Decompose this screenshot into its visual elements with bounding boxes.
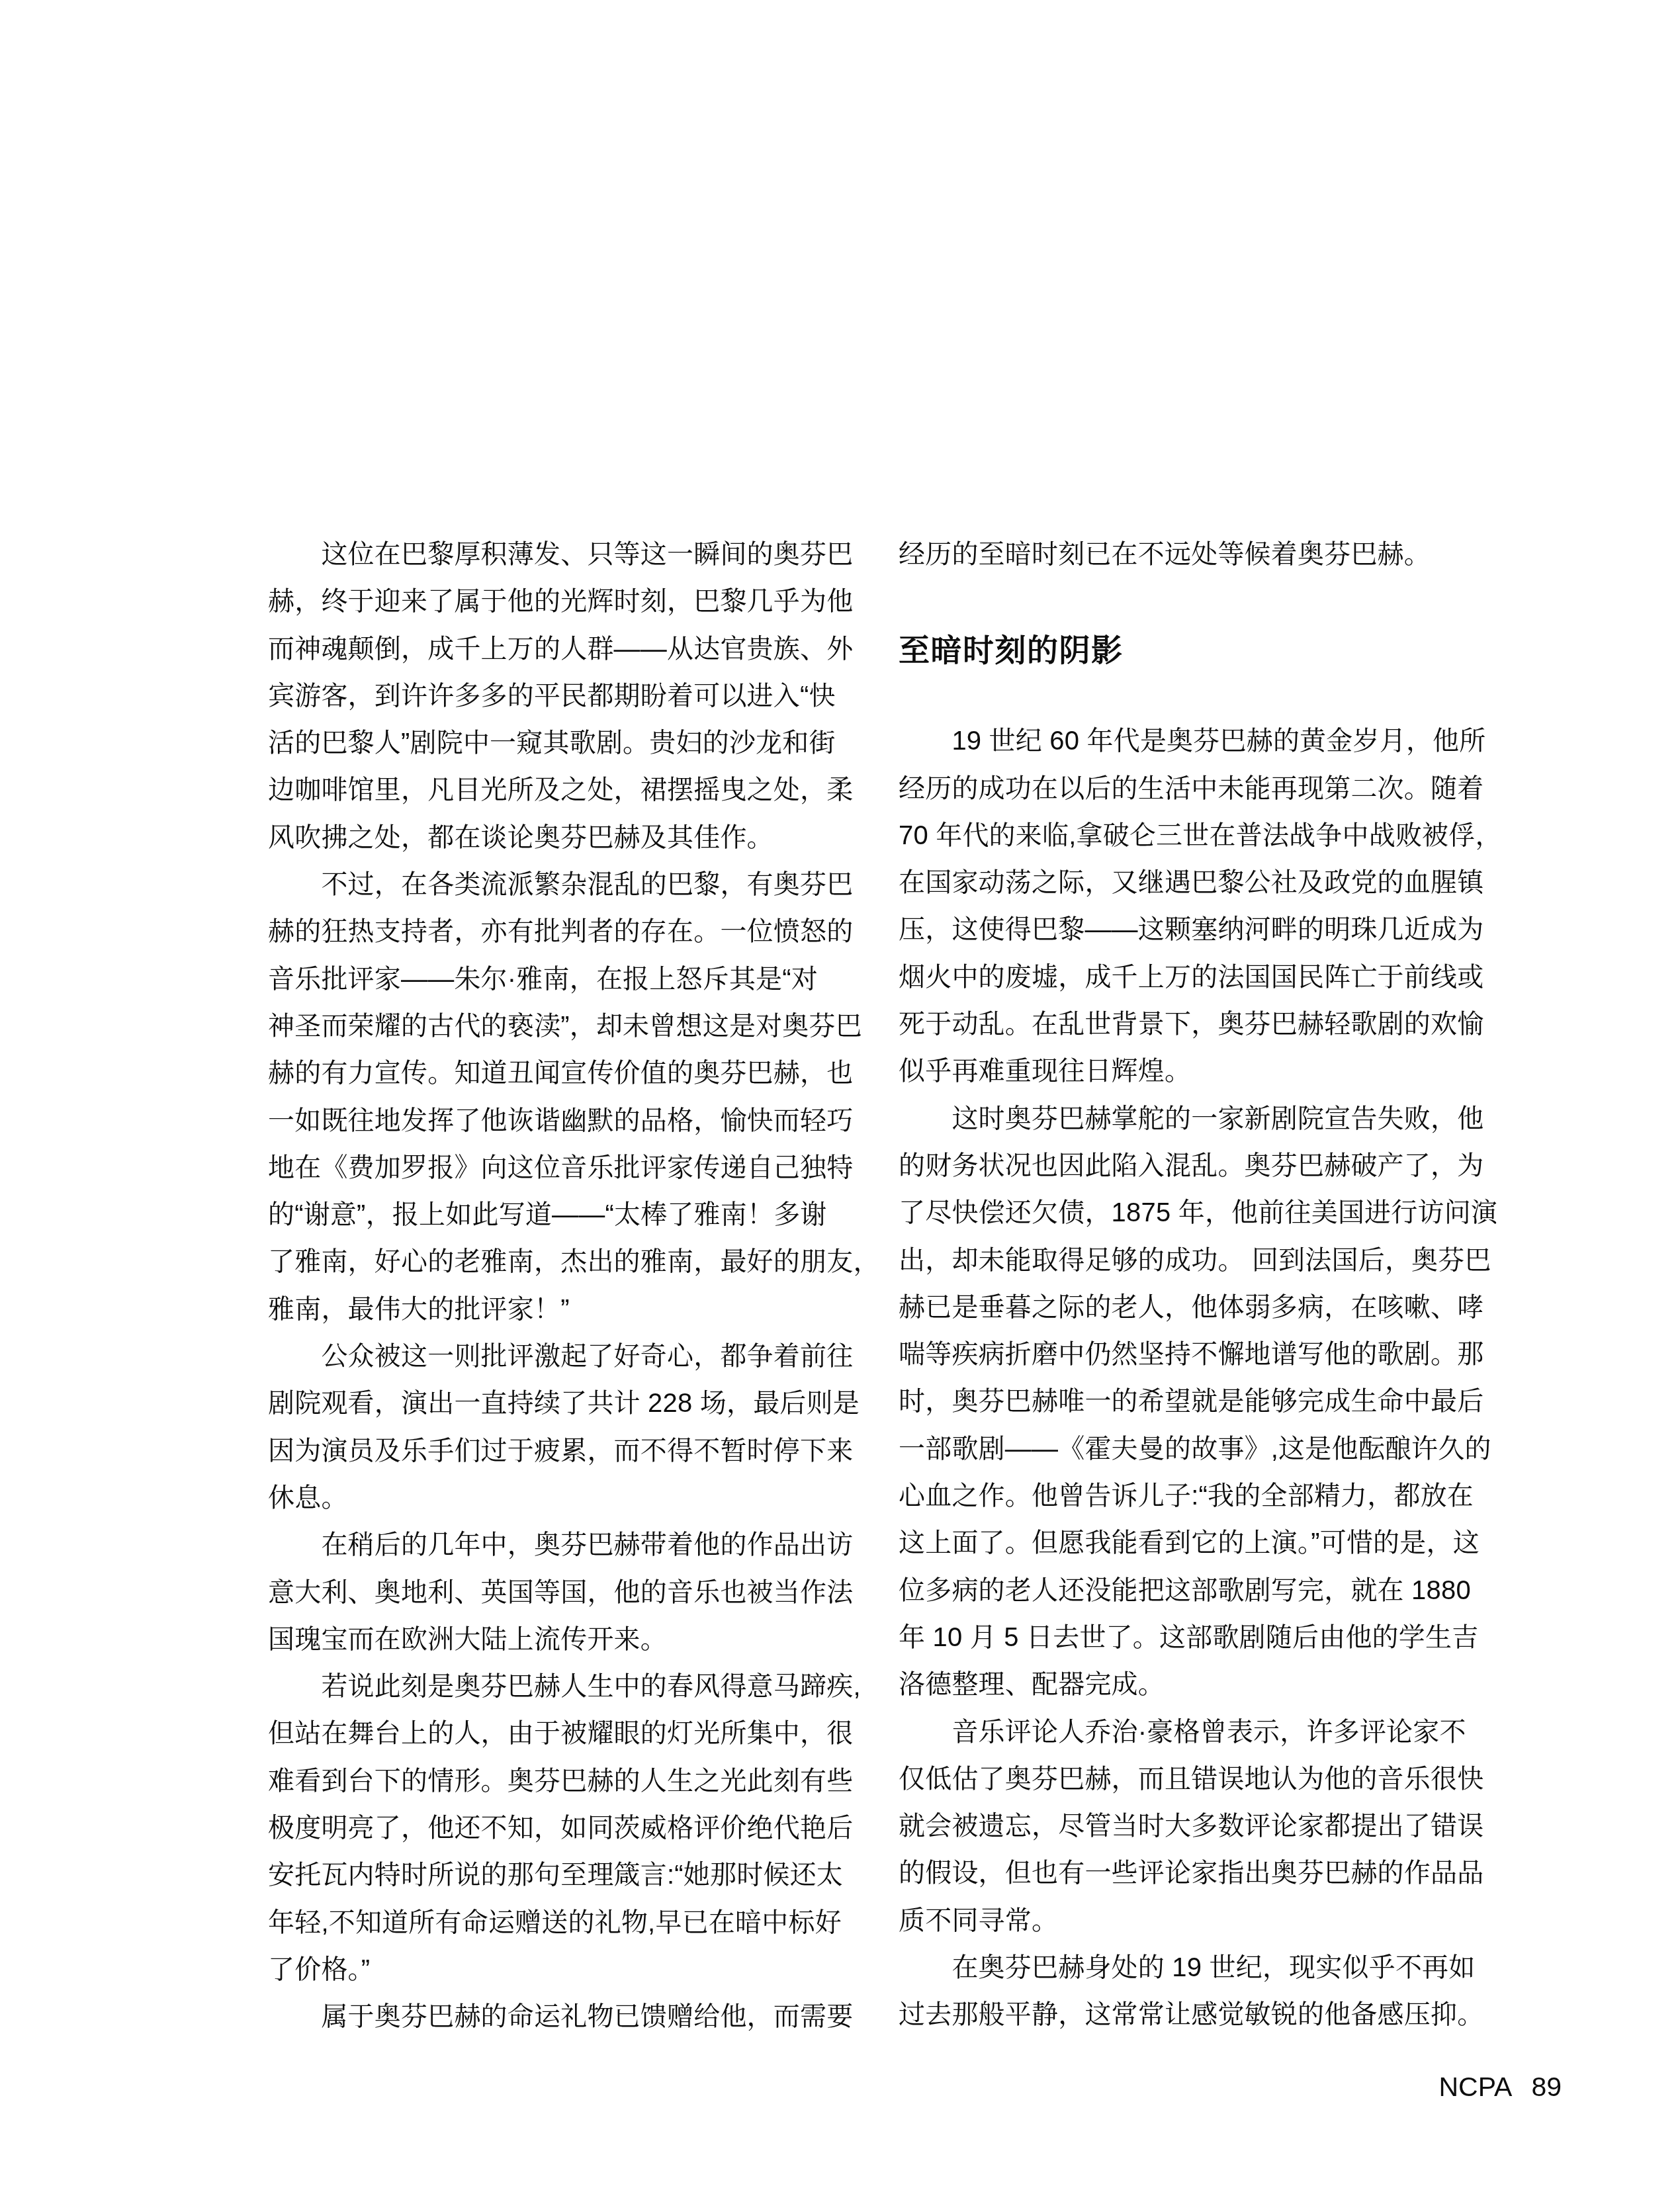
- text-line: 经历的成功在以后的生活中未能再现第二次。随着: [899, 766, 1483, 812]
- text-line: 赫的有力宣传。知道丑闻宣传价值的奥芬巴赫，也: [268, 1050, 853, 1097]
- text-line: 活的巴黎人”剧院中一窥其歌剧。贵妇的沙龙和街: [268, 720, 853, 767]
- text-line: 因为演员及乐手们过于疲累，而不得不暂时停下来: [268, 1428, 853, 1475]
- text-line: 了雅南，好心的老雅南，杰出的雅南，最好的朋友，: [268, 1239, 853, 1286]
- text-line: 时，奥芬巴赫唯一的希望就是能够完成生命中最后: [899, 1378, 1483, 1425]
- text-line: 极度明亮了，他还不知，如同茨威格评价绝代艳后: [268, 1805, 853, 1852]
- text-line: 属于奥芬巴赫的命运礼物已馈赠给他，而需要: [268, 1993, 853, 2040]
- text-line: 仅低估了奥芬巴赫，而且错误地认为他的音乐很快: [899, 1756, 1483, 1803]
- section-heading: 至暗时刻的阴影: [899, 578, 1483, 718]
- text-line: 剧院观看，演出一直持续了共计 228 场，最后则是: [268, 1380, 853, 1427]
- text-line: 赫的狂热支持者，亦有批判者的存在。一位愤怒的: [268, 908, 853, 955]
- text-line: 公众被这一则批评激起了好奇心，都争着前往: [268, 1333, 853, 1380]
- text-line: 了尽快偿还欠债，1875 年，他前往美国进行访问演: [899, 1190, 1483, 1237]
- text-line: 年轻,不知道所有命运赠送的礼物,早已在暗中标好: [268, 1900, 853, 1947]
- text-line: 赫已是垂暮之际的老人，他体弱多病，在咳嗽、哮: [899, 1284, 1483, 1331]
- text-line: 安托瓦内特时所说的那句至理箴言:“她那时候还太: [268, 1852, 853, 1899]
- text-line: 风吹拂之处，都在谈论奥芬巴赫及其佳作。: [268, 814, 853, 861]
- text-line: 70 年代的来临,拿破仑三世在普法战争中战败被俘，: [899, 812, 1483, 859]
- text-line: 喘等疾病折磨中仍然坚持不懈地谱写他的歌剧。那: [899, 1331, 1483, 1378]
- text-line: 这上面了。但愿我能看到它的上演。”可惜的是，这: [899, 1520, 1483, 1567]
- text-line: 了价格。”: [268, 1947, 853, 1993]
- text-line: 在国家动荡之际，又继遇巴黎公社及政党的血腥镇: [899, 859, 1483, 906]
- text-line: 但站在舞台上的人，由于被耀眼的灯光所集中，很: [268, 1710, 853, 1757]
- text-line: 而神魂颠倒，成千上万的人群——从达官贵族、外: [268, 626, 853, 673]
- text-line: 位多病的老人还没能把这部歌剧写完，就在 1880: [899, 1567, 1483, 1614]
- page-footer: NCPA 89: [1439, 2071, 1562, 2103]
- text-line: 压，这使得巴黎——这颗塞纳河畔的明珠几近成为: [899, 906, 1483, 953]
- text-line: 在稍后的几年中，奥芬巴赫带着他的作品出访: [268, 1522, 853, 1569]
- magazine-page: 这位在巴黎厚积薄发、只等这一瞬间的奥芬巴赫，终于迎来了属于他的光辉时刻，巴黎几乎…: [0, 0, 1680, 2188]
- footer-brand: NCPA: [1439, 2071, 1513, 2103]
- text-line: 意大利、奥地利、英国等国，他的音乐也被当作法: [268, 1569, 853, 1616]
- text-line: 国瑰宝而在欧洲大陆上流传开来。: [268, 1616, 853, 1663]
- text-line: 年 10 月 5 日去世了。这部歌剧随后由他的学生吉: [899, 1614, 1483, 1661]
- text-line: 不过，在各类流派繁杂混乱的巴黎，有奥芬巴: [268, 861, 853, 908]
- text-line: 过去那般平静，这常常让感觉敏锐的他备感压抑。: [899, 1991, 1483, 2038]
- text-line: 地在《费加罗报》向这位音乐批评家传递自己独特: [268, 1145, 853, 1192]
- text-line: 音乐评论人乔治·豪格曾表示，许多评论家不: [899, 1709, 1483, 1756]
- text-line: 的假设，但也有一些评论家指出奥芬巴赫的作品品: [899, 1850, 1483, 1897]
- text-line: 一如既往地发挥了他诙谐幽默的品格，愉快而轻巧: [268, 1098, 853, 1145]
- text-line: 死于动乱。在乱世背景下，奥芬巴赫轻歌剧的欢愉: [899, 1001, 1483, 1048]
- text-line: 19 世纪 60 年代是奥芬巴赫的黄金岁月，他所: [899, 718, 1483, 765]
- text-line: 一部歌剧——《霍夫曼的故事》,这是他酝酿许久的: [899, 1426, 1483, 1473]
- text-line: 边咖啡馆里，凡目光所及之处，裙摆摇曳之处，柔: [268, 767, 853, 814]
- text-line: 这时奥芬巴赫掌舵的一家新剧院宣告失败，他: [899, 1096, 1483, 1143]
- text-line: 似乎再难重现往日辉煌。: [899, 1048, 1483, 1095]
- text-line: 赫，终于迎来了属于他的光辉时刻，巴黎几乎为他: [268, 578, 853, 625]
- text-line: 雅南，最伟大的批评家！”: [268, 1286, 853, 1333]
- text-line: 烟火中的废墟，成千上万的法国国民阵亡于前线或: [899, 954, 1483, 1001]
- text-line: 音乐批评家——朱尔·雅南，在报上怒斥其是“对: [268, 956, 853, 1003]
- text-line: 神圣而荣耀的古代的亵渎”，却未曾想这是对奥芬巴: [268, 1003, 853, 1050]
- text-line: 宾游客，到许许多多的平民都期盼着可以进入“快: [268, 673, 853, 720]
- text-line: 经历的至暗时刻已在不远处等候着奥芬巴赫。: [899, 531, 1483, 578]
- text-line: 质不同寻常。: [899, 1898, 1483, 1945]
- text-line: 出，却未能取得足够的成功。 回到法国后，奥芬巴: [899, 1237, 1483, 1284]
- text-line: 就会被遗忘，尽管当时大多数评论家都提出了错误: [899, 1803, 1483, 1850]
- text-line: 难看到台下的情形。奥芬巴赫的人生之光此刻有些: [268, 1758, 853, 1805]
- text-line: 心血之作。他曾告诉儿子:“我的全部精力，都放在: [899, 1473, 1483, 1520]
- text-line: 在奥芬巴赫身处的 19 世纪，现实似乎不再如: [899, 1945, 1483, 1991]
- right-column: 经历的至暗时刻已在不远处等候着奥芬巴赫。至暗时刻的阴影 19 世纪 60 年代是…: [899, 531, 1483, 2039]
- footer-page-number: 89: [1531, 2071, 1562, 2103]
- left-column: 这位在巴黎厚积薄发、只等这一瞬间的奥芬巴赫，终于迎来了属于他的光辉时刻，巴黎几乎…: [268, 531, 853, 2041]
- text-line: 的财务状况也因此陷入混乱。奥芬巴赫破产了，为: [899, 1143, 1483, 1190]
- text-line: 若说此刻是奥芬巴赫人生中的春风得意马蹄疾,: [268, 1663, 853, 1710]
- text-line: 的“谢意”，报上如此写道——“太棒了雅南！多谢: [268, 1192, 853, 1239]
- text-line: 洛德整理、配器完成。: [899, 1661, 1483, 1708]
- text-line: 这位在巴黎厚积薄发、只等这一瞬间的奥芬巴: [268, 531, 853, 578]
- text-line: 休息。: [268, 1475, 853, 1522]
